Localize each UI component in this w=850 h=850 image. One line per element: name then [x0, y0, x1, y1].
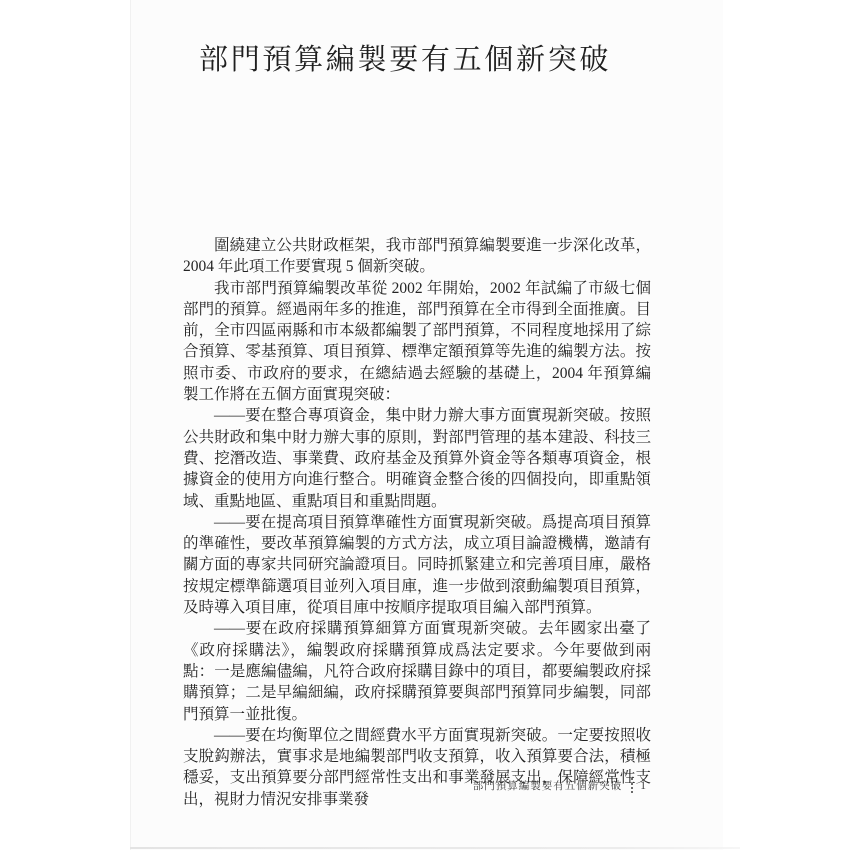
paragraph-breakthrough-4: ——要在均衡單位之間經費水平方面實現新突破。一定要按照收支脫鈎辦法，實事求是地編… [183, 725, 651, 810]
paragraph-background: 我市部門預算編製改革從 2002 年開始，2002 年試編了市級七個部門的預算。… [183, 278, 651, 406]
scan-background: 部門預算編製要有五個新突破 圍繞建立公共財政框架，我市部門預算編製要進一步深化改… [0, 0, 850, 850]
page-number: 1 [640, 780, 646, 792]
paragraph-breakthrough-2: ——要在提高項目預算準確性方面實現新突破。爲提高項目預算的準確性，要改革預算編製… [183, 512, 651, 618]
page-bottom-edge [130, 847, 740, 849]
body-text: 圍繞建立公共財政框架，我市部門預算編製要進一步深化改革，2004 年此項工作要實… [183, 235, 651, 810]
page-footer: 部門預算編製要有五個新突破1 [131, 778, 646, 793]
paragraph-breakthrough-3: ——要在政府採購預算細算方面實現新突破。去年國家出臺了《政府採購法》，編製政府採… [183, 618, 651, 724]
page-title: 部門預算編製要有五個新突破 [199, 40, 611, 80]
footer-running-title: 部門預算編製要有五個新突破 [473, 781, 623, 792]
dotted-separator-icon [631, 778, 633, 793]
paragraph-breakthrough-1: ——要在整合專項資金，集中財力辦大事方面實現新突破。按照公共財政和集中財力辦大事… [183, 405, 651, 511]
book-page: 部門預算編製要有五個新突破 圍繞建立公共財政框架，我市部門預算編製要進一步深化改… [130, 0, 723, 850]
paragraph-intro: 圍繞建立公共財政框架，我市部門預算編製要進一步深化改革，2004 年此項工作要實… [183, 235, 651, 278]
